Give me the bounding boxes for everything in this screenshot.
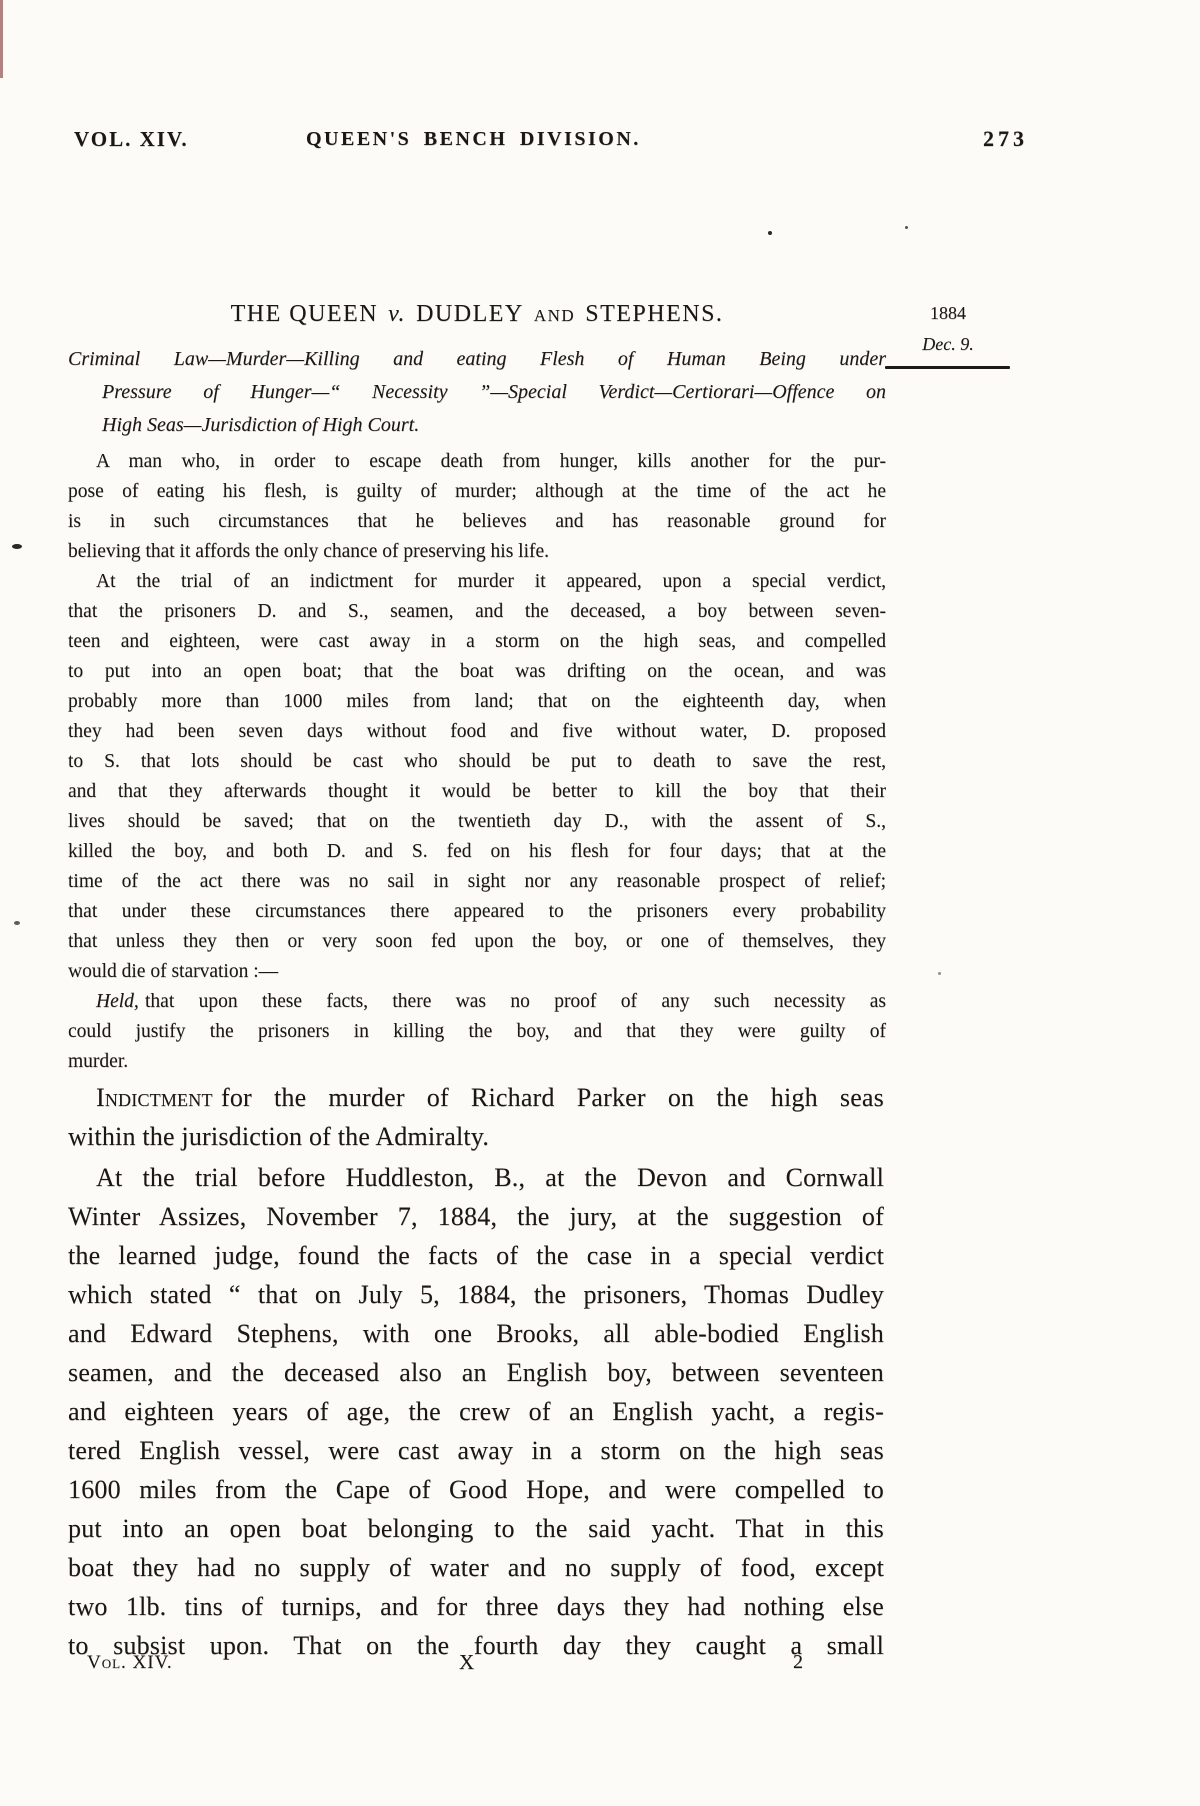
headnote-line: and that they afterwards thought it woul… [68, 777, 886, 807]
ink-speck [905, 226, 908, 229]
body-line: and Edward Stephens, with one Brooks, al… [68, 1314, 884, 1353]
headnote-line: pose of eating his flesh, is guilty of m… [68, 477, 886, 507]
body-line: two 1lb. tins of turnips, and for three … [68, 1587, 884, 1626]
case-title-part3: STEPHENS. [585, 301, 723, 327]
indictment-word: Indictment [96, 1083, 213, 1112]
catchwords-line: Pressure of Hunger—“ Necessity ”—Special… [68, 376, 886, 409]
case-title: THE QUEENv.DUDLEYandSTEPHENS. [68, 301, 886, 328]
held-text: that upon these facts, there was no proo… [145, 991, 886, 1012]
headnote-line: time of the act there was no sail in sig… [68, 867, 886, 897]
case-title-part2: DUDLEY [416, 301, 524, 327]
headnote-held-line: could justify the prisoners in killing t… [68, 1017, 886, 1047]
body-line: boat they had no supply of water and no … [68, 1548, 884, 1587]
headnote-held-line: murder. [68, 1047, 886, 1077]
margin-year: 1884 [885, 300, 1011, 326]
headnote: A man who, in order to escape death from… [68, 447, 886, 1077]
headnote-line: lives should be saved; that on the twent… [68, 807, 886, 837]
margin-date: Dec. 9. [885, 331, 1011, 357]
headnote-line: probably more than 1000 miles from land;… [68, 687, 886, 717]
headnote-line: would die of starvation :— [68, 957, 886, 987]
footer-volume: Vol. XIV. [87, 1652, 173, 1674]
case-title-versus: v. [388, 301, 406, 327]
body-line: within the jurisdiction of the Admiralty… [68, 1117, 884, 1156]
law-report-page: VOL. XIV. QUEEN'S BENCH DIVISION. 273 TH… [0, 0, 1200, 1806]
catchwords-line: High Seas—Jurisdiction of High Court. [68, 409, 886, 442]
footer-sheet-number: 2 [793, 1651, 803, 1674]
headnote-line: to S. that lots should be cast who shoul… [68, 747, 886, 777]
indictment-text: for the murder of Richard Parker on the … [221, 1083, 884, 1112]
headnote-line: they had been seven days without food an… [68, 717, 886, 747]
header-court-title: QUEEN'S BENCH DIVISION. [306, 128, 641, 151]
body-line: and eighteen years of age, the crew of a… [68, 1392, 884, 1431]
header-page-number: 273 [983, 126, 1028, 152]
scan-edge-artifact [0, 0, 3, 78]
report-body: Indictmentfor the murder of Richard Park… [68, 1078, 884, 1665]
footer-signature: X [459, 1650, 474, 1675]
headnote-catchwords: Criminal Law—Murder—Killing and eating F… [68, 343, 886, 442]
body-line: 1600 miles from the Cape of Good Hope, a… [68, 1470, 884, 1509]
headnote-line: teen and eighteen, were cast away in a s… [68, 627, 886, 657]
body-line: the learned judge, found the facts of th… [68, 1236, 884, 1275]
ink-speck [768, 231, 772, 235]
body-line: Indictmentfor the murder of Richard Park… [68, 1078, 884, 1117]
case-title-part1: THE QUEEN [231, 301, 378, 327]
ink-speck [12, 544, 22, 549]
headnote-held-line: Held,that upon these facts, there was no… [68, 987, 886, 1017]
margin-note: 1884 Dec. 9. [885, 300, 1011, 357]
headnote-line: that under these circumstances there app… [68, 897, 886, 927]
body-line: At the trial before Huddleston, B., at t… [68, 1158, 884, 1197]
headnote-line: to put into an open boat; that the boat … [68, 657, 886, 687]
body-line: seamen, and the deceased also an English… [68, 1353, 884, 1392]
held-word: Held, [96, 991, 139, 1012]
headnote-line: is in such circumstances that he believe… [68, 507, 886, 537]
headnote-line: At the trial of an indictment for murder… [68, 567, 886, 597]
headnote-line: killed the boy, and both D. and S. fed o… [68, 837, 886, 867]
ink-speck [14, 921, 20, 925]
body-line: Winter Assizes, November 7, 1884, the ju… [68, 1197, 884, 1236]
body-line: which stated “ that on July 5, 1884, the… [68, 1275, 884, 1314]
body-line: to subsist upon. That on the fourth day … [68, 1626, 884, 1665]
case-title-and: and [534, 301, 575, 327]
headnote-line: that unless they then or very soon fed u… [68, 927, 886, 957]
catchwords-line: Criminal Law—Murder—Killing and eating F… [68, 343, 886, 376]
body-line: tered English vessel, were cast away in … [68, 1431, 884, 1470]
body-paragraph: At the trial before Huddleston, B., at t… [68, 1158, 884, 1665]
headnote-line: believing that it affords the only chanc… [68, 537, 886, 567]
margin-rule [885, 366, 1010, 369]
header-volume: VOL. XIV. [74, 127, 189, 152]
headnote-line: that the prisoners D. and S., seamen, an… [68, 597, 886, 627]
ink-speck [938, 972, 941, 975]
body-line: put into an open boat belonging to the s… [68, 1509, 884, 1548]
headnote-line: A man who, in order to escape death from… [68, 447, 886, 477]
